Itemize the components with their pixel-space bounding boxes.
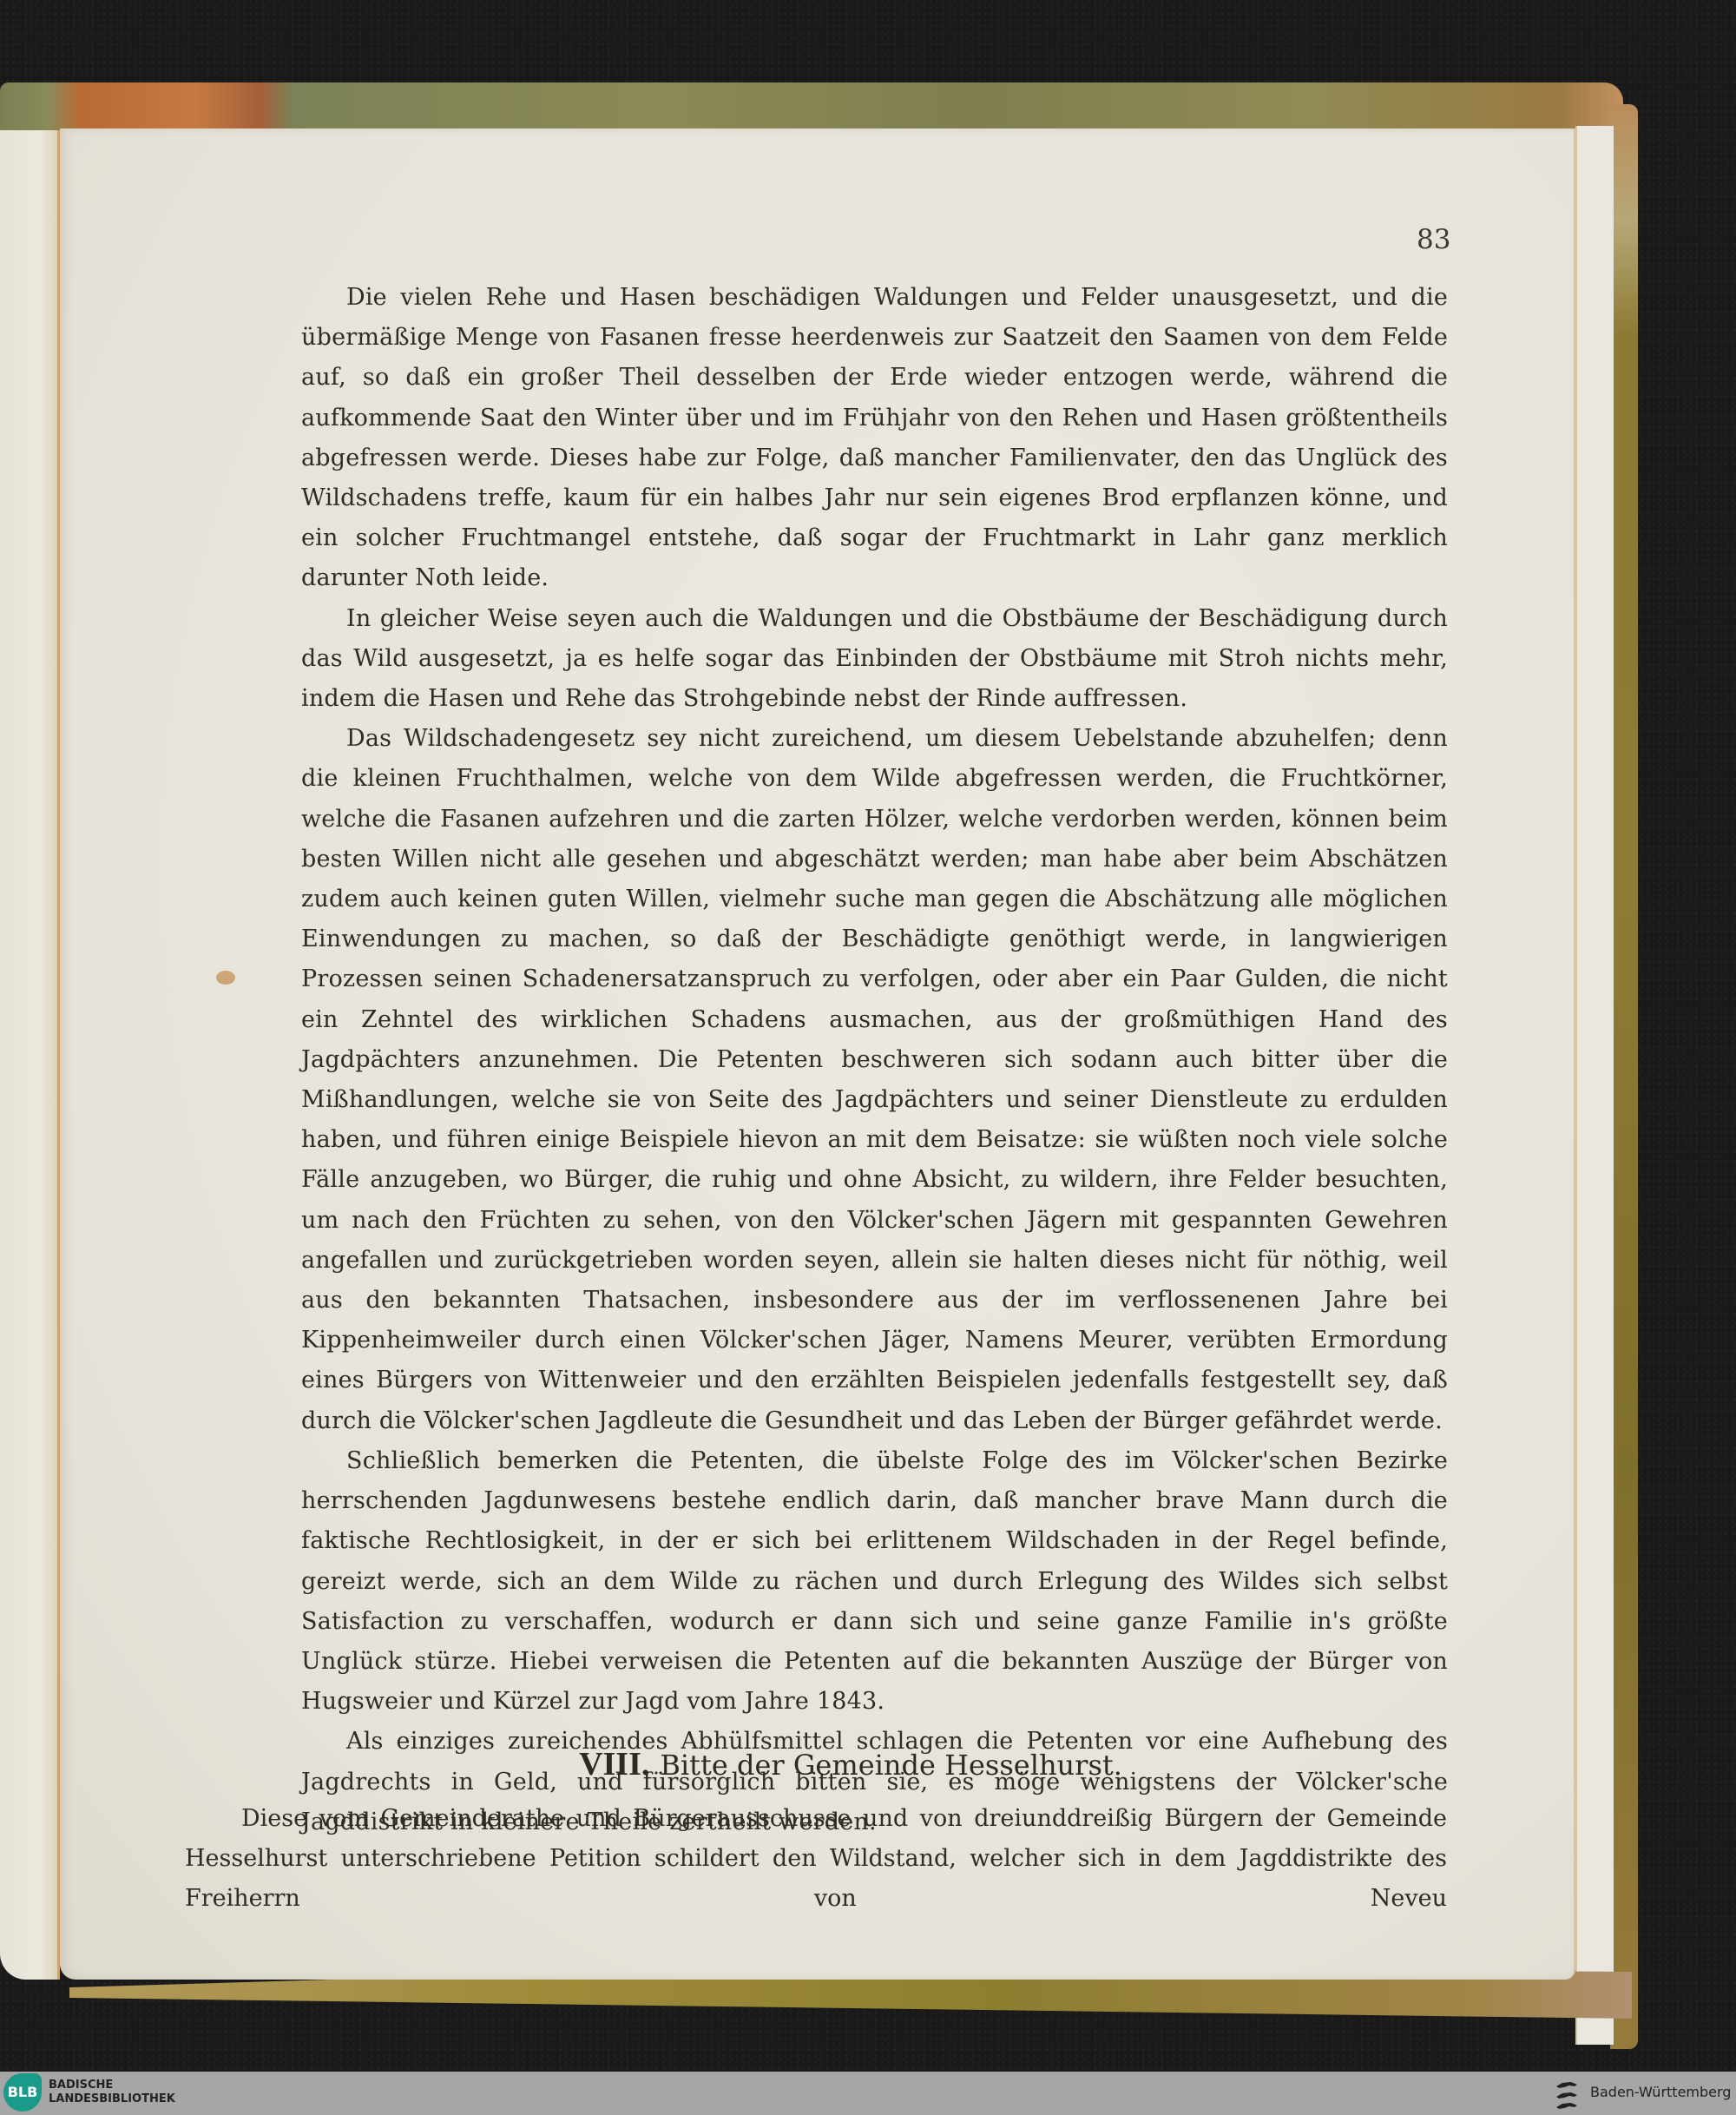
section-title: Bitte der Gemeinde Hesselhurst.	[660, 1749, 1122, 1782]
paragraph: In gleicher Weise seyen auch die Waldung…	[241, 599, 1448, 720]
footer-bar: BLB BADISCHE LANDESBIBLIOTHEK Baden-Würt…	[0, 2072, 1736, 2115]
paragraph: Das Wildschadengesetz sey nicht zureiche…	[241, 719, 1448, 1441]
section-numeral: VIII.	[579, 1746, 649, 1782]
paper-stain	[216, 971, 235, 985]
library-name[interactable]: BADISCHE LANDESBIBLIOTHEK	[49, 2079, 175, 2106]
library-name-line2: LANDESBIBLIOTHEK	[49, 2092, 175, 2106]
section-heading: VIII.Bitte der Gemeinde Hesselhurst.	[0, 1745, 1701, 1783]
blb-logo-icon[interactable]: BLB	[3, 2073, 42, 2112]
baden-wuerttemberg-lions-icon[interactable]	[1554, 2079, 1580, 2110]
paragraph: Die vielen Rehe und Hasen beschädigen Wa…	[241, 278, 1448, 599]
body-text: Die vielen Rehe und Hasen beschädigen Wa…	[241, 278, 1448, 1842]
library-name-line1: BADISCHE	[49, 2079, 175, 2092]
section-paragraph: Diese vom Gemeinderathe und Bürgeraussch…	[185, 1799, 1447, 1920]
page-number: 83	[1417, 224, 1450, 255]
paragraph: Schließlich bemerken die Petenten, die ü…	[241, 1441, 1448, 1722]
state-name[interactable]: Baden-Württemberg	[1590, 2084, 1731, 2100]
verso-page-edge	[0, 130, 60, 1980]
